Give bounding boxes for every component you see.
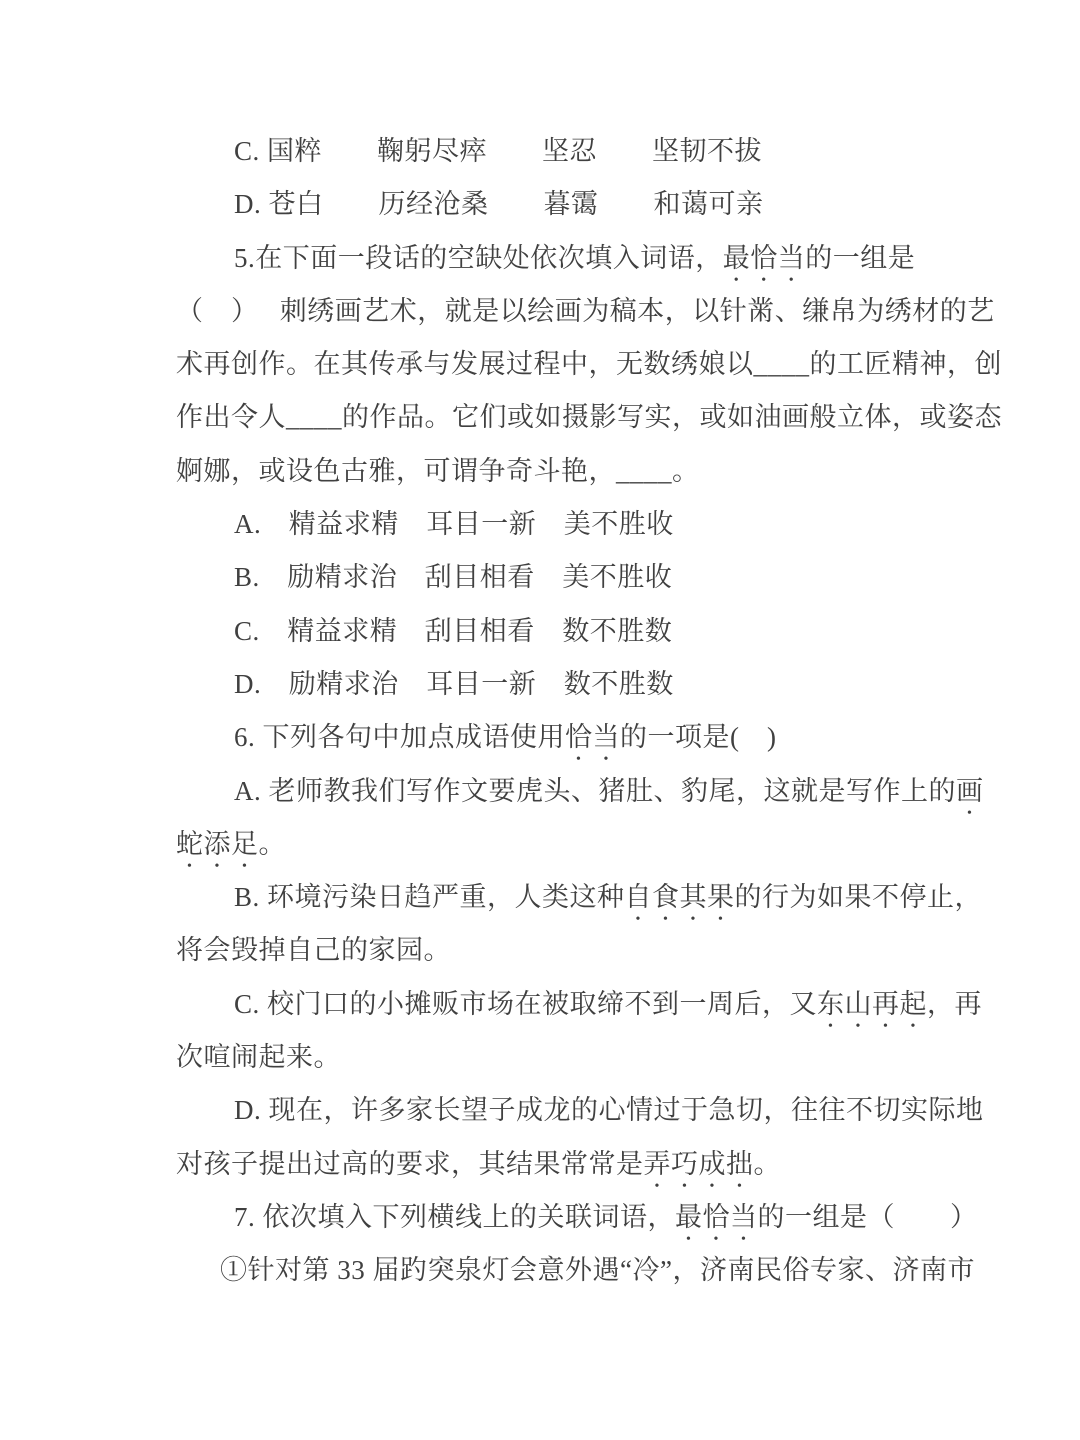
text-segment: 作出令人____的作品。它们或如摄影写实，或如油画般立体，或姿态 xyxy=(176,402,1002,432)
emphasized-text: 东山再起 xyxy=(817,989,927,1019)
q6-option-d-line-2: 对孩子提出过高的要求，其结果常常是弄巧成拙。 xyxy=(176,1138,921,1191)
q6-option-d-line-1: D. 现在，许多家长望子成龙的心情过于急切，往往不切实际地 xyxy=(176,1084,921,1137)
q6-option-a-line-2: 蛇添足。 xyxy=(176,818,921,871)
text-segment: C. 国粹 鞠躬尽瘁 坚忍 坚韧不拔 xyxy=(234,136,762,166)
text-segment: 的一组是 xyxy=(805,243,915,273)
q6-option-a-line-1: A. 老师教我们写作文要虎头、猪肚、豹尾，这就是写作上的画 xyxy=(176,765,921,818)
emphasized-text: 恰当 xyxy=(565,722,620,752)
text-segment: （ ） 刺绣画艺术，就是以绘画为稿本，以针黹、缣帛为绣材的艺 xyxy=(176,296,995,326)
q6-option-b-line-2: 将会毁掉自己的家园。 xyxy=(176,924,921,977)
text-segment: 的一项是( ) xyxy=(620,722,776,752)
text-segment: 术再创作。在其传承与发展过程中，无数绣娘以____的工匠精神，创 xyxy=(176,349,1002,379)
q5-option-a: A. 精益求精 耳目一新 美不胜收 xyxy=(176,498,921,551)
emphasized-text: 画 xyxy=(956,776,984,806)
text-segment: C. 校门口的小摊贩市场在被取缔不到一周后，又 xyxy=(234,989,817,1019)
emphasized-text: 自食其果 xyxy=(625,882,735,912)
q5-passage-line-3: 作出令人____的作品。它们或如摄影写实，或如油画般立体，或姿态 xyxy=(176,391,921,444)
emphasized-text: 蛇添足 xyxy=(176,829,259,859)
text-segment: C. 精益求精 刮目相看 数不胜数 xyxy=(234,616,672,646)
text-segment: 的行为如果不停止， xyxy=(735,882,983,912)
q6-stem: 6. 下列各句中加点成语使用恰当的一项是( ) xyxy=(176,711,921,764)
text-segment: ①针对第 33 届趵突泉灯会意外遇“冷”，济南民俗专家、济南市 xyxy=(220,1255,975,1285)
text-segment: 将会毁掉自己的家园。 xyxy=(176,935,451,965)
text-segment: 婀娜，或设色古雅，可谓争奇斗艳，____。 xyxy=(176,456,700,486)
q6-option-c-line-2: 次喧闹起来。 xyxy=(176,1031,921,1084)
text-segment: 5.在下面一段话的空缺处依次填入词语， xyxy=(234,243,723,273)
q7-stem: 7. 依次填入下列横线上的关联词语，最恰当的一组是（ ） xyxy=(176,1191,921,1244)
q5-passage-line-2: 术再创作。在其传承与发展过程中，无数绣娘以____的工匠精神，创 xyxy=(176,338,921,391)
text-segment: 对孩子提出过高的要求，其结果常常是 xyxy=(176,1149,644,1179)
q6-option-c-line-1: C. 校门口的小摊贩市场在被取缔不到一周后，又东山再起，再 xyxy=(176,978,921,1031)
text-segment: ，再 xyxy=(927,989,982,1019)
emphasized-text: 最恰当 xyxy=(675,1202,758,1232)
text-segment: D. 现在，许多家长望子成龙的心情过于急切，往往不切实际地 xyxy=(234,1095,984,1125)
q5-option-c: C. 精益求精 刮目相看 数不胜数 xyxy=(176,605,921,658)
text-segment: 。 xyxy=(259,829,287,859)
q5-passage-line-4: 婀娜，或设色古雅，可谓争奇斗艳，____。 xyxy=(176,445,921,498)
text-segment: 的一组是（ ） xyxy=(758,1202,978,1232)
text-segment: 次喧闹起来。 xyxy=(176,1042,341,1072)
text-segment: 7. 依次填入下列横线上的关联词语， xyxy=(234,1202,675,1232)
text-segment: B. 环境污染日趋严重，人类这种 xyxy=(234,882,625,912)
q6-option-b-line-1: B. 环境污染日趋严重，人类这种自食其果的行为如果不停止， xyxy=(176,871,921,924)
q5-option-d: D. 励精求治 耳目一新 数不胜数 xyxy=(176,658,921,711)
q7-item-1: ①针对第 33 届趵突泉灯会意外遇“冷”，济南民俗专家、济南市 xyxy=(176,1244,921,1297)
q5-passage-line-1: （ ） 刺绣画艺术，就是以绘画为稿本，以针黹、缣帛为绣材的艺 xyxy=(176,285,921,338)
exam-text: C. 国粹 鞠躬尽瘁 坚忍 坚韧不拔D. 苍白 历经沧桑 暮霭 和蔼可亲5.在下… xyxy=(176,125,921,1298)
emphasized-text: 弄巧成拙 xyxy=(644,1149,754,1179)
text-segment: 。 xyxy=(754,1149,782,1179)
text-segment: D. 苍白 历经沧桑 暮霭 和蔼可亲 xyxy=(234,189,764,219)
q4-option-d: D. 苍白 历经沧桑 暮霭 和蔼可亲 xyxy=(176,178,921,231)
text-segment: A. 老师教我们写作文要虎头、猪肚、豹尾，这就是写作上的 xyxy=(234,776,956,806)
q5-stem: 5.在下面一段话的空缺处依次填入词语，最恰当的一组是 xyxy=(176,232,921,285)
exam-page: C. 国粹 鞠躬尽瘁 坚忍 坚韧不拔D. 苍白 历经沧桑 暮霭 和蔼可亲5.在下… xyxy=(0,0,1080,1440)
q4-option-c: C. 国粹 鞠躬尽瘁 坚忍 坚韧不拔 xyxy=(176,125,921,178)
q5-option-b: B. 励精求治 刮目相看 美不胜收 xyxy=(176,551,921,604)
emphasized-text: 最恰当 xyxy=(723,243,806,273)
text-segment: B. 励精求治 刮目相看 美不胜收 xyxy=(234,562,672,592)
text-segment: A. 精益求精 耳目一新 美不胜收 xyxy=(234,509,674,539)
text-segment: D. 励精求治 耳目一新 数不胜数 xyxy=(234,669,674,699)
text-segment: 6. 下列各句中加点成语使用 xyxy=(234,722,565,752)
